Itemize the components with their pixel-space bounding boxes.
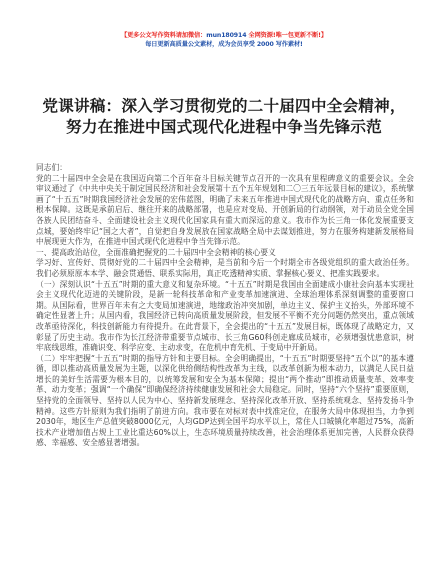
paragraph-intro: 党的二十届四中全会是在我国迈向第二个百年奋斗目标关键节点召开的一次具有里程碑意义… [36, 174, 414, 248]
paragraph-section-1-intro: 学习好、宣传好、贯彻好党的二十届四中全会精神，是当前和今后一个时期全市各级党组织… [36, 258, 414, 279]
document-title: 党课讲稿：深入学习贯彻党的二十届四中全会精神，努力在推进中国式现代化进程中争当先… [40, 96, 408, 138]
promo-banner: 【更多公文写作资料请加微信：mun180914 全网资源!唯一包更新不断!】 每… [0, 31, 448, 49]
promo-line-1-suffix: 全网资源!唯一包更新不断!】 [246, 32, 327, 39]
paragraph-subsection-1: （一）深刻认识“十五五”时期的重大意义和复杂环境。“十五五”时期是我国由全面建成… [36, 280, 414, 354]
document-body: 同志们： 党的二十届四中全会是在我国迈向第二个百年奋斗目标关键节点召开的一次具有… [36, 163, 414, 449]
promo-line-1: 【更多公文写作资料请加微信：mun180914 全网资源!唯一包更新不断!】 [0, 31, 448, 40]
paragraph-subsection-2: （二）牢牢把握“十五五”时期的指导方针和主要目标。全会明确提出，“十五五”时期要… [36, 354, 414, 449]
section-heading-1: 一、提高政治站位，全面准确把握党的二十届四中全会精神的核心要义 [36, 248, 414, 259]
salutation: 同志们： [36, 163, 414, 174]
promo-line-2: 每日更新高质量公文素材，成为会员享受 2000 写作素材! [0, 40, 448, 49]
promo-wechat-id: mun180914 [206, 32, 246, 39]
promo-line-1-prefix: 【更多公文写作资料请加微信： [121, 32, 206, 39]
